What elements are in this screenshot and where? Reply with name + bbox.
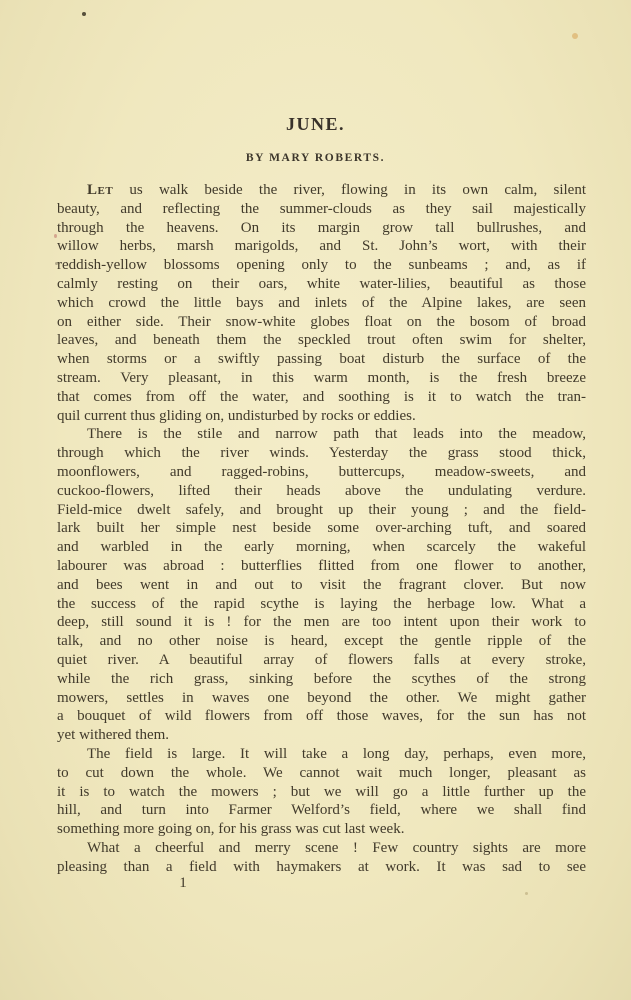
text-line: through which the river winds. Yesterday… — [57, 444, 586, 463]
text-line: on either side. Their snow-white globes … — [57, 313, 586, 332]
text-line: quil current thus gliding on, undisturbe… — [57, 407, 586, 426]
byline: BY MARY ROBERTS. — [0, 152, 631, 164]
book-page: JUNE. BY MARY ROBERTS. Let us walk besid… — [0, 0, 631, 1000]
text-line: Let us walk beside the river, flowing in… — [57, 181, 586, 200]
text-line: What a cheerful and merry scene ! Few co… — [57, 839, 586, 858]
text-line: and bees went in and out to visit the fr… — [57, 576, 586, 595]
text-line: Field-mice dwelt safely, and brought up … — [57, 501, 586, 520]
text-line: when storms or a swiftly passing boat di… — [57, 350, 586, 369]
text-line: There is the stile and narrow path that … — [57, 425, 586, 444]
text-line: talk, and no other noise is heard, excep… — [57, 632, 586, 651]
text-line: through the heavens. On its margin grow … — [57, 219, 586, 238]
text-line: a bouquet of wild flowers from off those… — [57, 707, 586, 726]
text-line: quiet river. A beautiful array of flower… — [57, 651, 586, 670]
text-line: something more going on, for his grass w… — [57, 820, 586, 839]
text-line: stream. Very pleasant, in this warm mont… — [57, 369, 586, 388]
paper-speck — [525, 892, 528, 895]
page-title: JUNE. — [0, 114, 631, 135]
text-line: to cut down the whole. We cannot wait mu… — [57, 764, 586, 783]
text-line: moonflowers, and ragged-robins, buttercu… — [57, 463, 586, 482]
text-line: calmly resting on their oars, white wate… — [57, 275, 586, 294]
text-line: that comes from off the water, and sooth… — [57, 388, 586, 407]
text-line: deep, still sound it is ! for the men ar… — [57, 613, 586, 632]
text-line: and warbled in the early morning, when s… — [57, 538, 586, 557]
text-line: which crowd the little bays and inlets o… — [57, 294, 586, 313]
paper-speck — [82, 12, 86, 16]
text-line: mowers, settles in waves one beyond the … — [57, 689, 586, 708]
paper-speck — [572, 33, 578, 39]
text-line: The field is large. It will take a long … — [57, 745, 586, 764]
text-line: reddish-yellow blossoms opening only to … — [57, 256, 586, 275]
text-block: Let us walk beside the river, flowing in… — [57, 181, 586, 876]
text-line: cuckoo-flowers, lifted their heads above… — [57, 482, 586, 501]
text-line: lark built her simple nest beside some o… — [57, 519, 586, 538]
text-line: hill, and turn into Farmer Welford’s fie… — [57, 801, 586, 820]
text-line: the success of the rapid scythe is layin… — [57, 595, 586, 614]
text-line: beauty, and reflecting the summer-clouds… — [57, 200, 586, 219]
text-line: leaves, and beneath them the speckled tr… — [57, 331, 586, 350]
text-line: while the rich grass, sinking before the… — [57, 670, 586, 689]
text-line: pleasing than a field with haymakers at … — [57, 858, 586, 877]
text-line: it is to watch the mowers ; but we will … — [57, 783, 586, 802]
text-line: yet withered them. — [57, 726, 586, 745]
text-line: labourer was abroad : butterflies flitte… — [57, 557, 586, 576]
text-line: willow herbs, marsh marigolds, and St. J… — [57, 237, 586, 256]
smallcaps-lead: Let — [87, 182, 113, 198]
page-number: 1 — [176, 875, 190, 892]
